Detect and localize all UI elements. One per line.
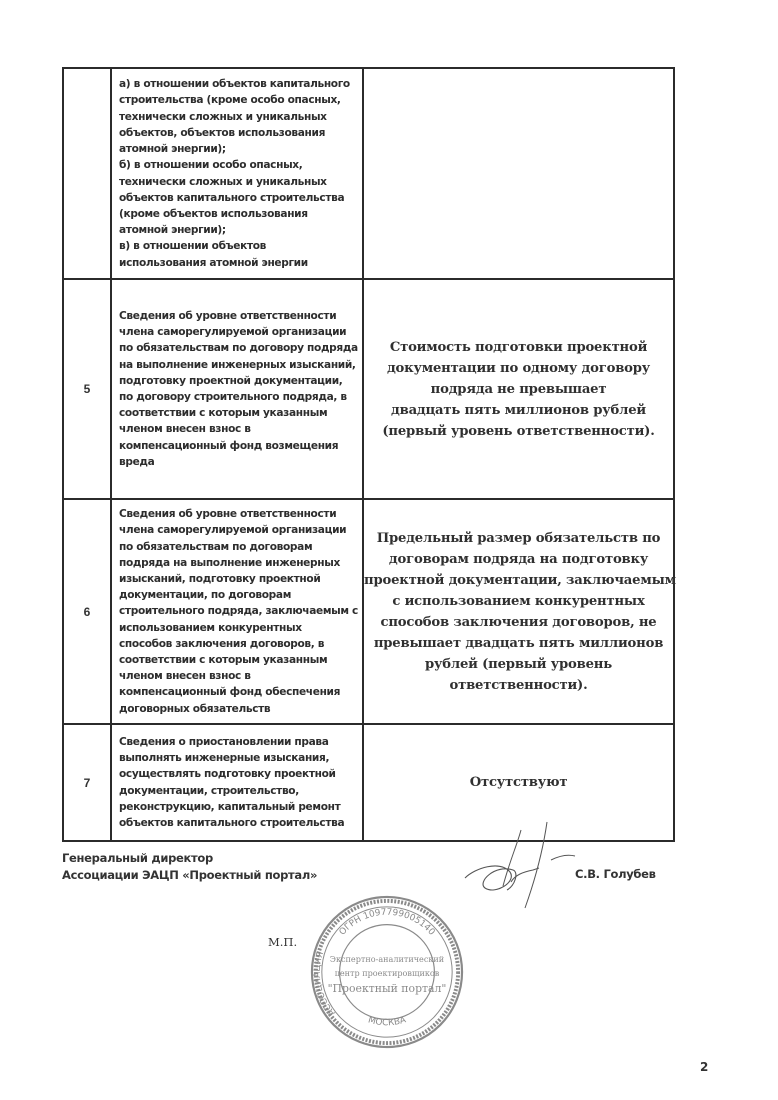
description-line: договорных обязательств <box>119 701 358 717</box>
description-line: (кроме объектов использования <box>119 206 358 222</box>
description-line: атомной энергии); <box>119 141 358 157</box>
description-line: документации, по договорам <box>119 587 358 603</box>
description-line: строительного подряда, заключаемым с <box>119 603 358 619</box>
description-line: а) в отношении объектов капитального <box>119 76 358 92</box>
row-number: 6 <box>63 499 111 724</box>
description-line: по обязательствам по договорам <box>119 539 358 555</box>
row-number <box>63 68 111 279</box>
row-value <box>363 68 674 279</box>
description-line: подготовку проектной документации, <box>119 373 358 389</box>
description-line: соответствии с которым указанным <box>119 405 358 421</box>
page-number: 2 <box>700 1060 708 1074</box>
description-line: изысканий, подготовку проектной <box>119 571 358 587</box>
row-value: Стоимость подготовки проектнойдокументац… <box>363 279 674 499</box>
value-line: двадцать пять миллионов рублей <box>364 400 673 421</box>
description-line: использованием конкурентных <box>119 620 358 636</box>
signatory-title: Генеральный директор <box>62 850 317 867</box>
seal-place-label: М.П. <box>268 935 297 949</box>
description-line: члена саморегулируемой организации <box>119 324 358 340</box>
value-line: проектной документации, заключаемым <box>364 570 673 591</box>
value-line: ответственности). <box>364 675 673 696</box>
description-line: соответствии с которым указанным <box>119 652 358 668</box>
value-line: с использованием конкурентных <box>364 591 673 612</box>
svg-text:ОГРН 1097799005140: ОГРН 1097799005140 <box>338 908 437 938</box>
signatory-position: Генеральный директор Ассоциации ЭАЦП «Пр… <box>62 850 317 884</box>
svg-text:центр проектировщиков: центр проектировщиков <box>335 968 440 978</box>
value-line: (первый уровень ответственности). <box>364 421 673 442</box>
table-row: 5Сведения об уровне ответственностичлена… <box>63 279 674 499</box>
description-line: документации, строительство, <box>119 783 358 799</box>
description-line: объектов, объектов использования <box>119 125 358 141</box>
description-line: компенсационный фонд обеспечения <box>119 684 358 700</box>
description-line: вреда <box>119 454 358 470</box>
description-line: строительства (кроме особо опасных, <box>119 92 358 108</box>
value-line: способов заключения договоров, не <box>364 612 673 633</box>
description-line: атомной энергии); <box>119 222 358 238</box>
handwritten-signature-icon <box>455 820 595 920</box>
description-line: осуществлять подготовку проектной <box>119 766 358 782</box>
row-description: а) в отношении объектов капитальногостро… <box>111 68 363 279</box>
description-line: Сведения об уровне ответственности <box>119 506 358 522</box>
row-description: Сведения о приостановлении прававыполнят… <box>111 724 363 841</box>
description-line: члена саморегулируемой организации <box>119 522 358 538</box>
description-line: членом внесен взнос в <box>119 421 358 437</box>
description-line: объектов капитального строительства <box>119 815 358 831</box>
svg-text:МОСКВА: МОСКВА <box>367 1015 407 1028</box>
description-line: в) в отношении объектов <box>119 238 358 254</box>
value-line: документации по одному договору <box>364 358 673 379</box>
svg-text:"Проектный портал": "Проектный портал" <box>328 982 447 995</box>
description-line: технически сложных и уникальных <box>119 109 358 125</box>
value-line: подряда не превышает <box>364 379 673 400</box>
value-line: Стоимость подготовки проектной <box>364 337 673 358</box>
row-value: Предельный размер обязательств подоговор… <box>363 499 674 724</box>
description-line: по обязательствам по договору подряда <box>119 340 358 356</box>
svg-text:Экспертно-аналитический: Экспертно-аналитический <box>330 954 444 964</box>
row-number: 7 <box>63 724 111 841</box>
description-line: подряда на выполнение инженерных <box>119 555 358 571</box>
description-line: технически сложных и уникальных <box>119 174 358 190</box>
table-row: а) в отношении объектов капитальногостро… <box>63 68 674 279</box>
description-line: б) в отношении особо опасных, <box>119 157 358 173</box>
description-line: компенсационный фонд возмещения <box>119 438 358 454</box>
value-line: превышает двадцать пять миллионов <box>364 633 673 654</box>
document-page: а) в отношении объектов капитальногостро… <box>0 0 778 1100</box>
description-line: на выполнение инженерных изысканий, <box>119 357 358 373</box>
value-line: рублей (первый уровень <box>364 654 673 675</box>
registry-extract-table: а) в отношении объектов капитальногостро… <box>62 67 675 842</box>
value-line: Предельный размер обязательств по <box>364 528 673 549</box>
description-line: выполнять инженерные изыскания, <box>119 750 358 766</box>
description-line: использования атомной энергии <box>119 255 358 271</box>
value-line: договорам подряда на подготовку <box>364 549 673 570</box>
description-line: реконструкцию, капитальный ремонт <box>119 799 358 815</box>
row-number: 5 <box>63 279 111 499</box>
description-line: членом внесен взнос в <box>119 668 358 684</box>
signatory-organization: Ассоциации ЭАЦП «Проектный портал» <box>62 867 317 884</box>
description-line: по договору строительного подряда, в <box>119 389 358 405</box>
description-line: Сведения об уровне ответственности <box>119 308 358 324</box>
description-line: способов заключения договоров, в <box>119 636 358 652</box>
description-line: объектов капитального строительства <box>119 190 358 206</box>
row-description: Сведения об уровне ответственностичлена … <box>111 279 363 499</box>
organization-seal-icon: ОГРН 1097799005140 АССОЦИАЦИЯ МОСКВА Экс… <box>308 893 466 1051</box>
value-line: Отсутствуют <box>364 772 673 793</box>
row-description: Сведения об уровне ответственностичлена … <box>111 499 363 724</box>
table-row: 6Сведения об уровне ответственностичлена… <box>63 499 674 724</box>
description-line: Сведения о приостановлении права <box>119 734 358 750</box>
signer-name: С.В. Голубев <box>575 867 656 881</box>
